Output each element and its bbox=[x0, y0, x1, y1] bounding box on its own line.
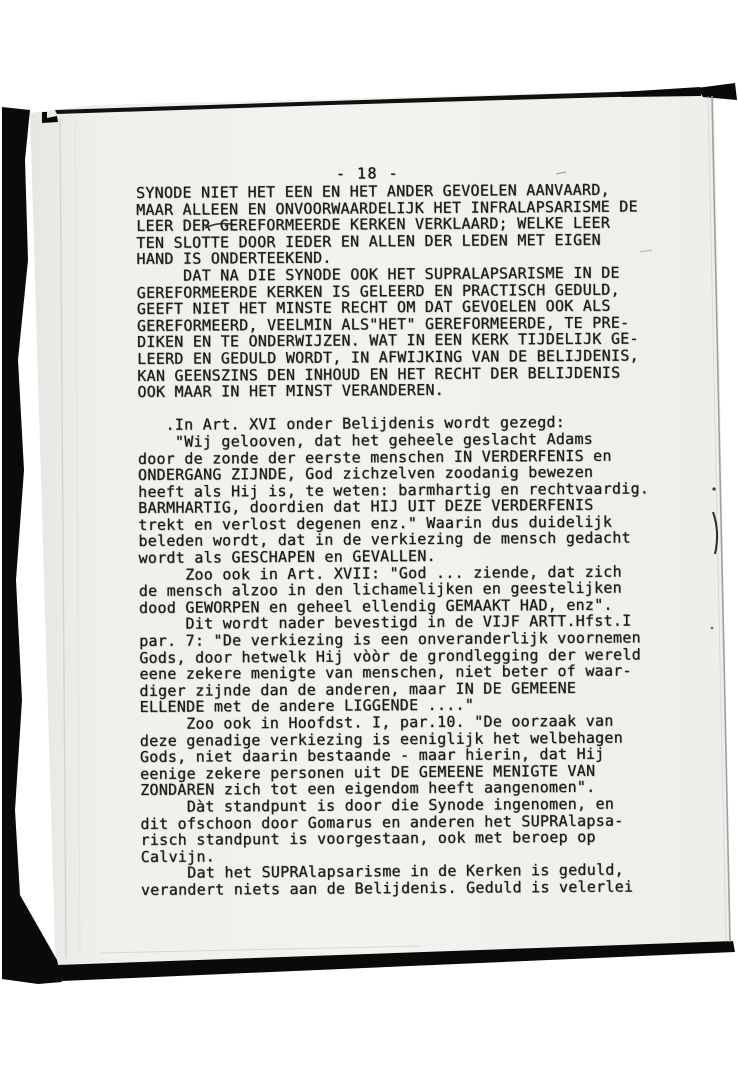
scanned-document-page: - 18 - SYNODE NIET HET EEN EN HET ANDER … bbox=[0, 0, 738, 1068]
typewritten-body-text: SYNODE NIET HET EEN EN HET ANDER GEVOELE… bbox=[136, 181, 652, 898]
typewritten-content: - 18 - SYNODE NIET HET EEN EN HET ANDER … bbox=[0, 0, 738, 1068]
page-number: - 18 - bbox=[336, 164, 399, 182]
